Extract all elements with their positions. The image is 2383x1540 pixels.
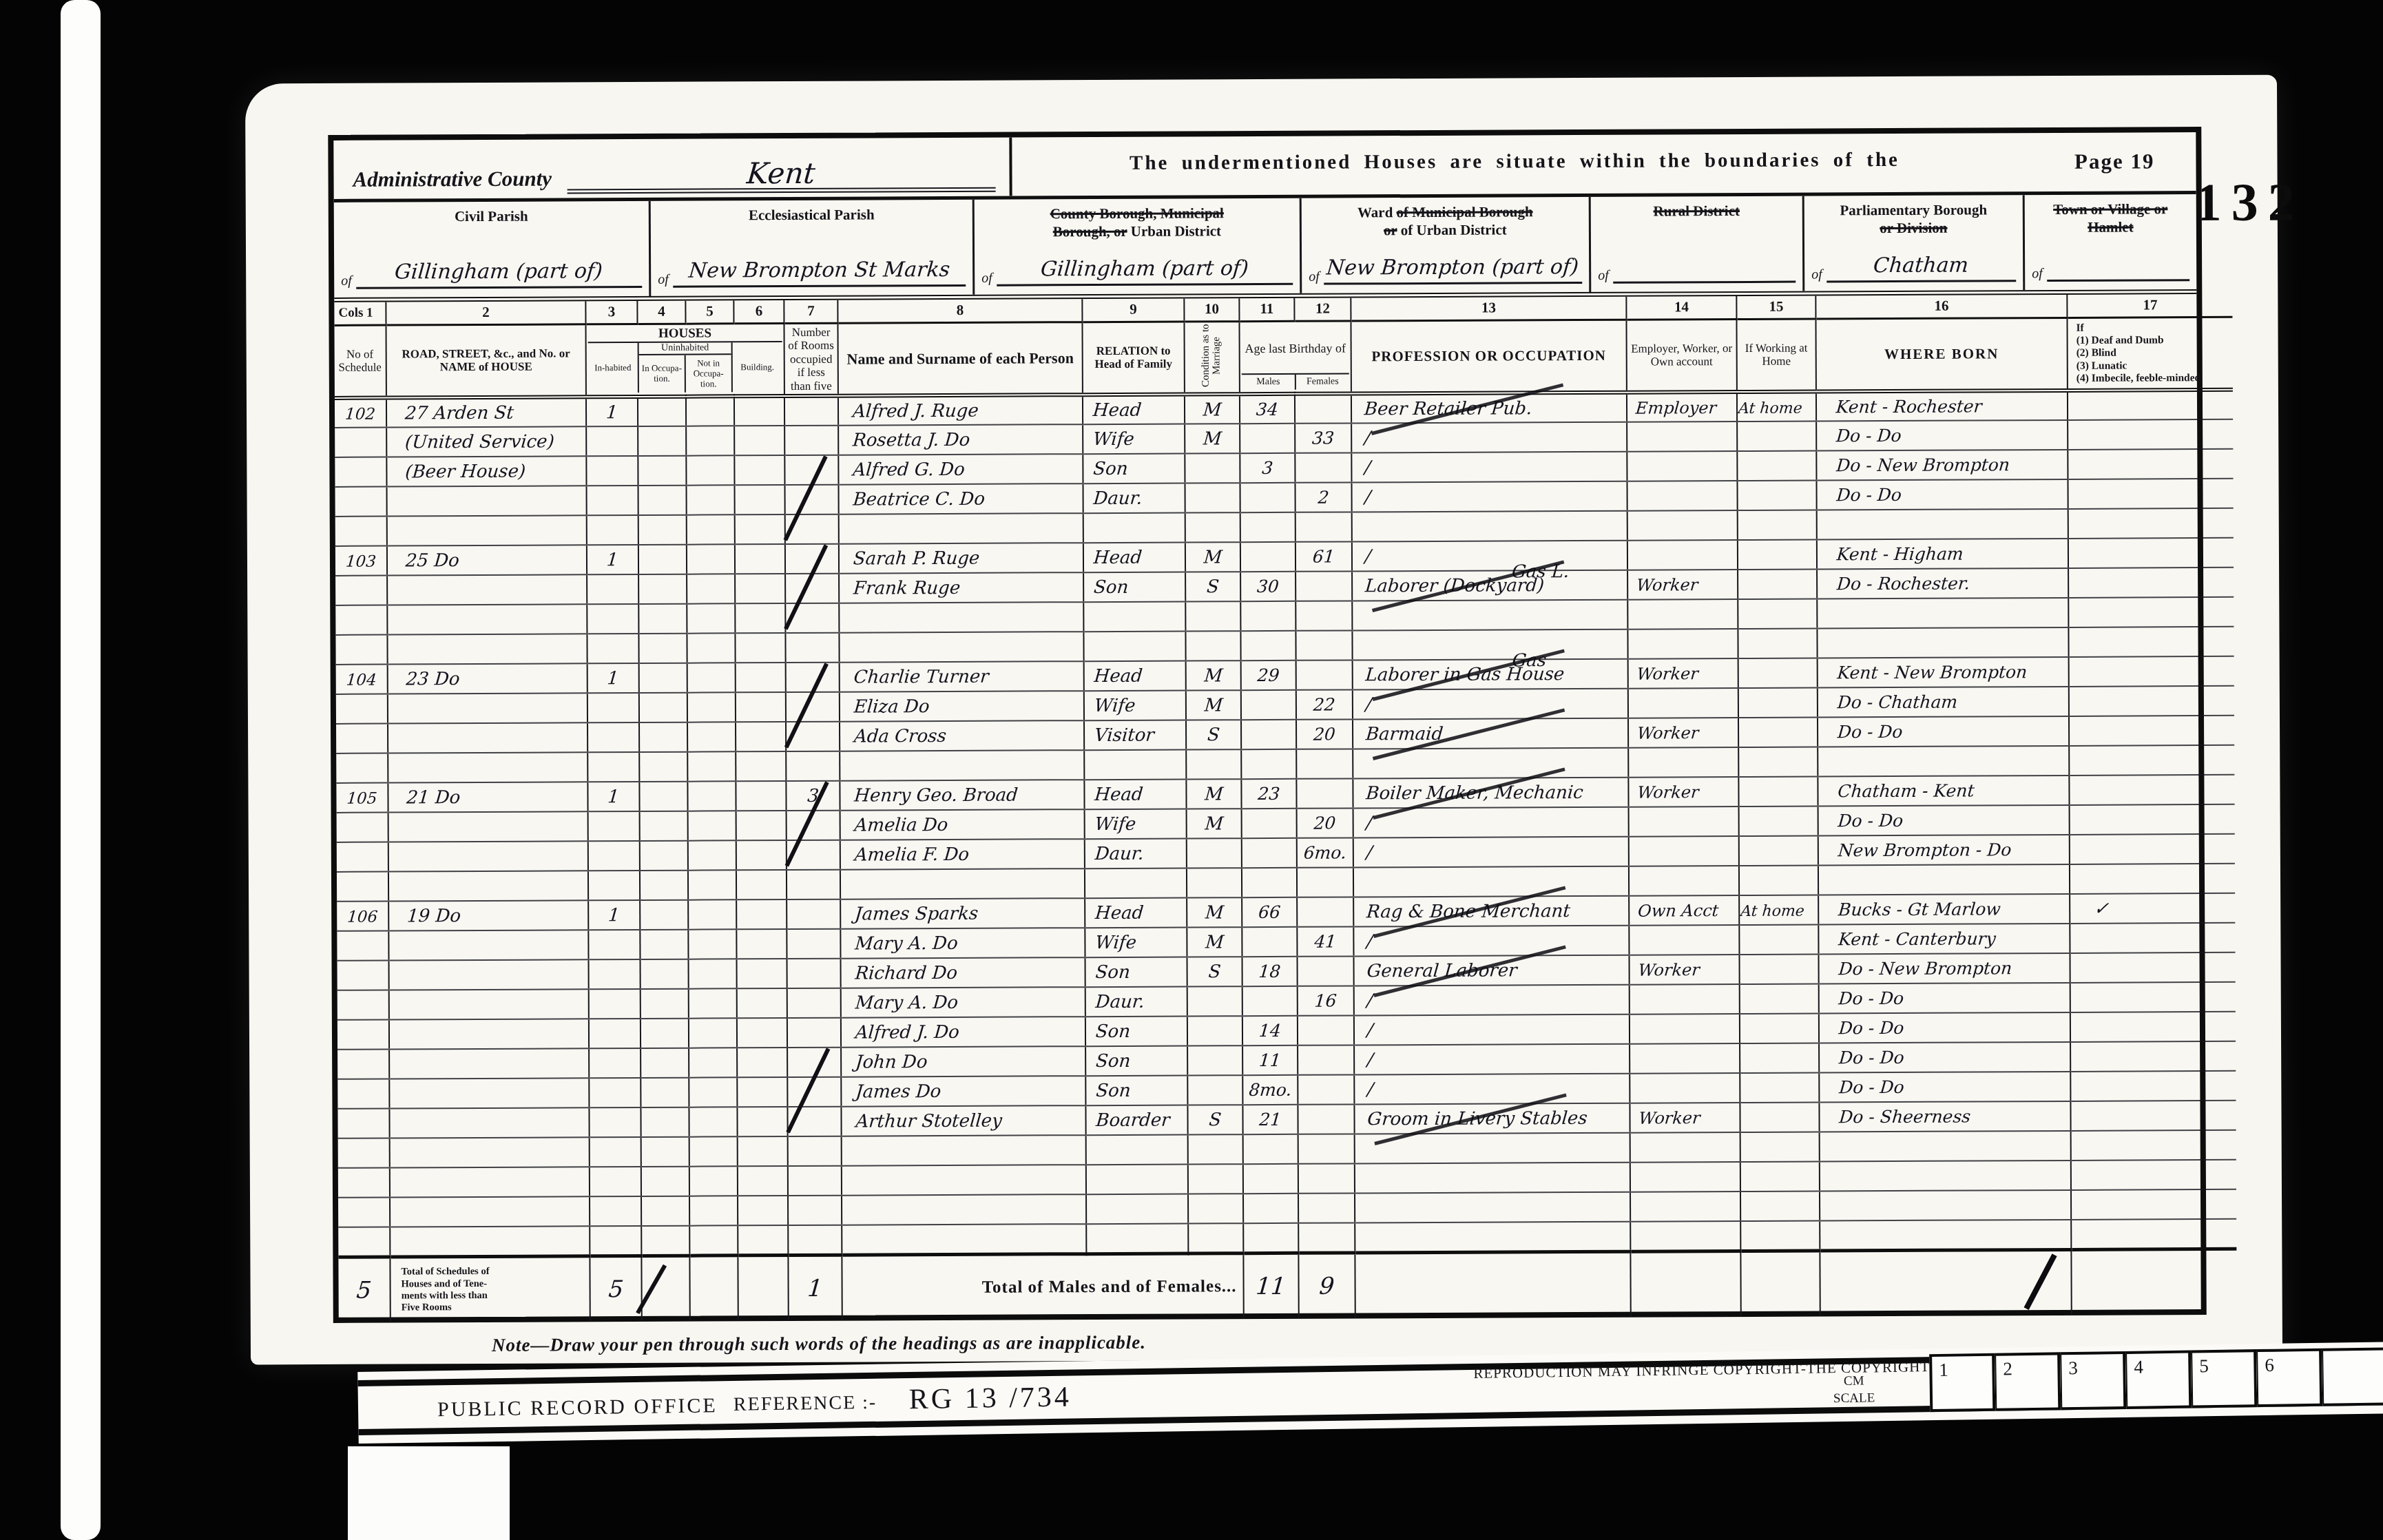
cell-relation: Wife [1085,928,1187,958]
cell-home [1738,777,1818,807]
header-condition: Condition as to Marriage [1184,321,1239,395]
cell-schedule [335,487,387,517]
cell-condition: S [1186,720,1241,749]
cell-building [735,544,785,574]
cell-in-occupation [641,1078,689,1107]
cell-occupation: / [1354,1074,1630,1105]
cell-home [1740,1192,1820,1222]
total-schedules-value: 5 [355,1277,373,1304]
cell-relation [1083,602,1185,632]
cell-rooms [784,426,838,455]
cell-agef [1295,572,1352,601]
cell-name: James Sparks [840,898,1085,929]
scale-mark: 5 [2191,1349,2257,1408]
cell-occupation [1352,511,1627,542]
cell-agef: 16 [1298,986,1354,1016]
struck-text: Borough, or [1053,223,1127,240]
handwritten-entry: Mary A. Do [855,994,959,1012]
scale-mark: 1 [1929,1353,1995,1412]
handwritten-entry: 106 [346,909,378,925]
cell-schedule: 102 [335,398,386,428]
cell-relation: Wife [1085,809,1187,840]
civil-parish-title: Civil Parish [341,207,642,226]
cell-name: Charlie Turner [840,661,1084,692]
header-males: Males [1242,375,1295,390]
totals-row: 5 Total of Schedules of Houses and of Te… [338,1249,2236,1322]
cell-home [1740,1014,1819,1044]
cell-building [736,781,786,811]
cell-inhabited [587,515,638,545]
cell-infirmity [2071,1130,2236,1161]
page-number: Page 19 [2074,149,2155,174]
cell-agef [1295,601,1352,631]
cell-infirmity [2071,1219,2236,1249]
cell-relation: Son [1083,572,1185,603]
cell-infirmity [2069,775,2234,805]
cell-rooms [788,1166,842,1196]
handwritten-entry: Daur. [1094,844,1145,862]
column-number: 8 [837,299,1082,323]
handwritten-entry: Bucks - Gt Marlow [1838,900,2001,918]
cell-name: Amelia Do [840,809,1085,840]
handwritten-entry: Head [1093,548,1143,566]
handwritten-entry: 1 [607,788,621,806]
cell-not-in-occupation [689,1019,737,1048]
cell-born: Kent - Canterbury [1818,924,2070,955]
cell-employer [1627,540,1738,570]
cell-occupation [1352,629,1627,660]
cell-home [1738,570,1817,600]
struck-text: or [1384,222,1397,238]
cell-in-occupation [639,663,687,693]
cell-employer [1627,422,1737,452]
cell-agef [1298,1016,1354,1045]
handwritten-entry: / [1364,488,1372,506]
cell-not-in-occupation [688,841,736,871]
header-profession: PROFESSION OR OCCUPATION [1351,320,1626,394]
column-number: 6 [733,300,784,323]
cell-inhabited [587,574,638,604]
cell-schedule [337,1050,389,1079]
handwritten-entry: Son [1095,1082,1131,1100]
cell-born: Do - Chatham [1818,687,2069,718]
undermentioned-houses-text: The undermentioned Houses are situate wi… [1012,148,2017,175]
cell-born: Do - Do [1818,716,2069,747]
cell-infirmity [2070,1101,2236,1131]
column-number: 4 [637,301,685,324]
total-males-value: 11 [1255,1273,1287,1300]
cell-address: (Beer House) [386,457,586,487]
cell-home [1739,925,1818,955]
handwritten-entry: Son [1095,1023,1131,1041]
cell-building [737,1077,787,1107]
handwritten-entry: Barmaid [1365,725,1444,743]
cell-address [387,575,587,605]
handwritten-entry: Worker [1638,961,1700,978]
handwritten-entry: Groom in Livery Stables [1366,1110,1588,1128]
cell-inhabited: 1 [588,900,640,930]
column-headers-row: No of Schedule ROAD, STREET, &c., and No… [334,317,2232,398]
cell-employer [1630,1073,1740,1103]
handwritten-entry: Alfred G. Do [852,461,965,479]
handwritten-entry: Son [1093,579,1129,596]
handwritten-entry: Do - Do [1838,990,1905,1007]
cell-name: John Do [841,1046,1085,1077]
cell-name: Alfred J. Do [841,1017,1085,1048]
of-label: of [2032,266,2043,282]
houses-total-label: Total of Schedules of Houses and of Tene… [391,1265,588,1314]
handwritten-entry: 27 Arden St [404,404,514,422]
ward-cell: Ward of Municipal Borough or of Urban Di… [1302,197,1592,293]
cell-employer: Worker [1630,1103,1740,1133]
cell-agem [1242,838,1297,868]
cell-rooms [786,663,840,692]
cell-name [840,750,1084,781]
cell-condition [1188,1134,1243,1164]
cell-in-occupation [640,930,688,959]
ecclesiastical-parish-title: Ecclesiastical Parish [658,205,966,225]
reference-number: RG 13 /734 [909,1381,1072,1416]
cell-schedule [337,842,388,872]
cell-schedule: 103 [335,546,387,576]
cell-address [390,1227,590,1257]
handwritten-entry: Do - Chatham [1837,693,1958,711]
cell-address [390,1167,590,1198]
cell-employer [1630,1014,1740,1044]
cell-schedule [336,694,388,724]
cell-condition: M [1186,779,1241,809]
handwritten-entry: 1 [607,906,621,924]
handwritten-entry: Arthur Stotelley [855,1112,1002,1130]
handwritten-entry: Beer Retailer Pub. [1364,399,1533,418]
cell-inhabited [590,1137,641,1167]
cell-in-occupation [638,486,687,515]
cell-total-rooms: 1 [788,1255,842,1320]
cell-inhabited [588,871,640,900]
cell-name: Sarah P. Ruge [839,543,1083,574]
handwritten-entry: 34 [1256,401,1279,418]
handwritten-entry: Boiler Maker, Mechanic [1365,784,1583,802]
cell-schedule [335,635,387,665]
cell-schedule [337,961,389,990]
cell-houses-total-label: Total of Schedules of Houses and of Tene… [390,1256,590,1322]
cell-rooms [786,751,840,781]
of-label: of [341,273,352,289]
cell-agef [1296,749,1353,779]
of-label: of [1598,268,1609,284]
census-page: 132 (part of) Administrative County Kent… [245,75,2282,1365]
cell-infirmity [2068,390,2233,420]
cell-employer: Own Acct [1629,895,1739,926]
cell-agef [1296,779,1353,809]
cell-agef [1295,394,1351,424]
column-number: 13 [1351,297,1626,321]
cell-in-occupation [638,426,686,456]
cell-agem: 21 [1242,1105,1298,1134]
handwritten-entry: / [1366,844,1373,862]
cell-inhabited [590,1167,641,1196]
cell-agem [1240,512,1295,542]
cell-address [390,1197,590,1227]
cell-inhabited [588,930,640,959]
cell-in-occupation [639,693,687,722]
cell-occupation [1353,748,1628,779]
cell-condition: M [1185,542,1240,572]
cell-occupation: / [1354,985,1630,1016]
cell-condition: M [1186,690,1241,720]
handwritten-entry: (Beer House) [404,462,526,481]
cell-relation: Son [1085,1046,1187,1076]
handwritten-entry: M [1205,933,1225,951]
cell-not-in-occupation [687,693,736,722]
column-number: 16 [1815,295,2067,319]
cell-rooms [787,1107,841,1136]
cell-relation [1085,868,1187,899]
administrative-county-value-line: Kent [567,158,996,194]
cell-name [839,632,1083,663]
handwritten-entry: S [1206,578,1220,596]
cell-blank [1740,1251,1820,1317]
handwritten-entry: Do - Do [1836,486,1903,503]
cell-building [736,899,787,929]
cell-home [1740,1103,1819,1133]
cell-in-occupation [641,989,689,1019]
cell-infirmity [2068,479,2233,509]
cell-in-occupation [640,811,688,841]
cell-condition [1187,1075,1242,1105]
males-females-label: Total of Males and of Females... [844,1277,1242,1298]
handwritten-entry: Rosetta J. Do [852,431,970,450]
cell-building [735,633,785,663]
cell-infirmity [2069,656,2234,687]
cell-agem [1240,542,1295,572]
cell-occupation [1353,866,1629,897]
cell-home [1740,1221,1820,1251]
cell-building [736,663,786,692]
cell-schedule [337,813,388,842]
header-houses: HOUSES [588,326,782,343]
handwritten-entry: Charlie Turner [853,667,990,686]
cell-born: Chatham - Kent [1818,776,2069,807]
handwritten-entry: 16 [1314,992,1338,1009]
cell-address: 27 Arden St [386,397,586,428]
handwritten-entry: S [1208,963,1222,981]
cell-infirmity [2071,1189,2236,1220]
cell-name: Rosetta J. Do [838,424,1083,455]
handwritten-entry: M [1204,785,1224,803]
cell-agem: 23 [1241,779,1296,809]
column-number: 12 [1294,298,1351,320]
cell-relation: Daur. [1083,483,1185,514]
cell-agef: 20 [1296,720,1353,749]
cell-home [1738,658,1818,689]
cell-name: Ada Cross [840,720,1084,751]
cell-occupation: / [1354,1044,1630,1075]
cell-address: 21 Do [388,782,587,813]
handwritten-entry: 105 [346,791,378,807]
cell-relation: Daur. [1085,839,1187,869]
column-number: 9 [1082,298,1184,322]
handwritten-entry: S [1209,1111,1222,1129]
cell-relation: Wife [1083,424,1185,455]
handwritten-entry: 6mo. [1303,844,1347,861]
header-in-occupation: In Occupa-tion. [639,355,685,393]
cell-agef [1298,1134,1355,1164]
cell-infirmity [2068,449,2233,479]
cell-condition: S [1187,1105,1242,1134]
cell-condition [1187,1016,1242,1045]
header-condition-text: Condition as to Marriage [1201,322,1223,389]
cell-condition: S [1185,572,1240,601]
cell-home [1738,747,1818,778]
cell-occupation: Groom in Livery Stables [1354,1103,1630,1134]
footnote: Note—Draw your pen through such words of… [492,1332,1146,1356]
cell-occupation: / [1352,541,1627,572]
cell-not-in-occupation [689,1048,737,1078]
cell-agem [1242,868,1297,897]
cell-in-occupation [641,1196,689,1226]
cell-occupation: / [1351,452,1627,483]
handwritten-entry: Kent - Higham [1836,545,1964,563]
cell-condition [1188,1164,1243,1194]
cell-rooms [788,1225,842,1255]
cell-home [1738,629,1817,659]
cell-employer [1629,866,1739,896]
cell-occupation: / [1353,837,1629,868]
scale-mark: 2 [1995,1352,2061,1411]
census-table: Cols 1234567891011121314151617 No of Sch… [334,294,2236,1322]
cell-home [1739,955,1818,985]
cell-born: Do - Do [1819,983,2070,1014]
administrative-county-box: Administrative County Kent [333,138,1012,199]
public-record-office-label: PUBLIC RECORD OFFICE [437,1394,718,1422]
cell-agem [1240,424,1295,453]
cell-infirmity [2070,1071,2236,1101]
cell-infirmity [2070,982,2236,1012]
pen-stroke-mark [2024,1253,2057,1310]
cell-home [1738,510,1817,541]
handwritten-entry: Do - Do [1837,723,1904,740]
cell-home [1739,836,1818,866]
cell-rooms [786,722,840,751]
cell-born: Kent - Higham [1817,539,2068,570]
handwritten-entry: 21 Do [406,789,461,807]
handwritten-entry: Do - New Brompton [1835,456,2010,474]
header-age: Age last Birthday of [1241,324,1349,374]
cell-relation: Boarder [1085,1105,1187,1136]
cell-rooms [785,544,839,574]
cell-agef [1298,1223,1355,1253]
cell-home [1738,718,1818,748]
handwritten-entry: Mary A. Do [854,935,958,953]
cell-born: Do - Do [1819,1072,2070,1103]
cell-born: Do - Do [1816,479,2068,510]
cell-born [1818,864,2070,895]
column-number: 14 [1626,296,1736,320]
cell-total-inhabited: 5 [590,1256,641,1321]
parish-band: Civil Parish of Gillingham (part of) Ecc… [334,194,2197,302]
cell-rooms: 3 [786,781,840,811]
cell-infirmity [2069,745,2234,776]
cell-agem [1243,1134,1298,1164]
handwritten-entry: 22 [1313,696,1336,713]
cell-rooms [787,929,840,959]
cell-building [737,1048,787,1077]
cell-inhabited [587,486,638,515]
handwritten-entry: Worker [1636,665,1699,682]
cell-agef [1298,1075,1354,1105]
cell-condition [1185,453,1240,483]
cell-not-in-occupation [687,574,735,604]
cell-inhabited [589,989,641,1019]
cell-in-occupation [638,515,687,545]
cell-not-in-occupation [686,397,734,426]
cell-infirmity: ✓ [2070,893,2235,924]
column-number: 11 [1239,298,1294,321]
cell-agem [1243,1223,1298,1253]
cell-rooms [787,959,841,988]
cell-in-occupation [641,1019,689,1048]
handwritten-entry: 20 [1313,814,1337,831]
parliamentary-borough-value: Chatham [1873,254,1970,278]
handwritten-entry: 2 [1318,488,1330,506]
cell-rooms [784,396,838,426]
administrative-county-label: Administrative County [353,167,552,195]
cell-in-occupation [640,900,688,930]
cell-in-occupation [641,1048,689,1078]
cell-inhabited [588,811,640,841]
municipal-borough-cell: County Borough, Municipal Borough, or Ur… [975,198,1302,295]
parliamentary-borough-title: Parliamentary Borough or Division [1811,200,2016,238]
kept-text: Parliamentary Borough [1840,201,1987,218]
cell-building [736,811,787,840]
cell-address [389,1108,589,1138]
cell-employer [1629,836,1739,866]
header-home: If Working at Home [1736,318,1815,392]
cell-relation: Son [1083,454,1185,484]
cell-employer [1627,510,1738,541]
cell-name: Eliza Do [840,691,1084,722]
cell-inhabited [589,1019,641,1048]
header-females: Females [1295,375,1349,390]
cell-not-in-occupation [689,1196,738,1226]
cell-condition: M [1187,809,1242,838]
column-number: 17 [2067,294,2232,318]
cell-occupation: / [1351,422,1627,453]
cell-relation [1083,513,1185,543]
handwritten-entry: Head [1094,667,1143,685]
cell-name: Mary A. Do [841,987,1085,1018]
cell-address [388,694,587,724]
cell-schedule [338,1227,390,1257]
handwritten-entry: M [1203,548,1223,566]
cell-employer [1630,1192,1740,1222]
film-blank-card [348,1446,510,1540]
cell-agef [1295,631,1352,660]
cm-scale-label: CM SCALE [1833,1373,1875,1407]
rural-district-title: Rural District [1598,202,1796,221]
cell-employer [1630,1221,1740,1251]
cell-not-in-occupation [686,456,734,486]
cell-rooms [787,870,840,899]
cell-building [737,988,787,1018]
cell-in-occupation [638,397,686,426]
cell-employer [1627,481,1737,511]
cell-home [1740,1132,1820,1163]
cell-address [387,516,587,546]
handwritten-entry: 23 Do [406,670,461,688]
handwritten-entry: M [1204,696,1224,714]
